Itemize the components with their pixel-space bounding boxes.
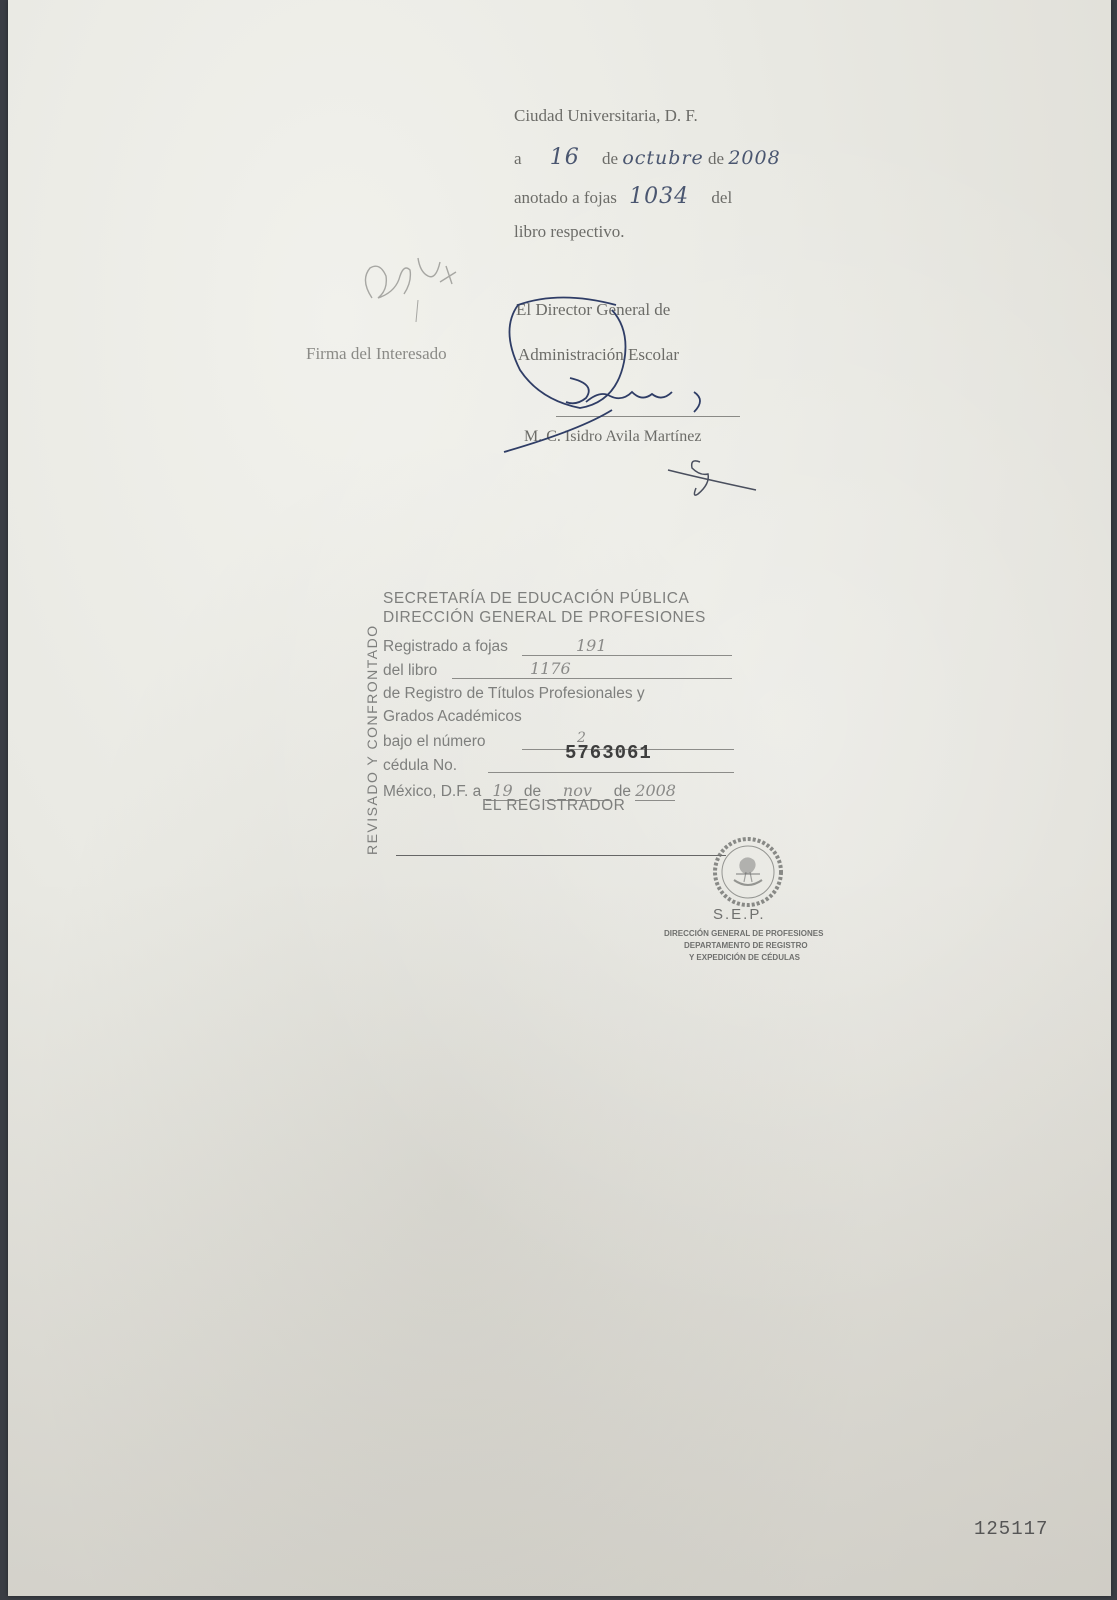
seal-line-2: DEPARTAMENTO DE REGISTRO bbox=[684, 941, 808, 950]
stamp-line-direccion: DIRECCIÓN GENERAL DE PROFESIONES bbox=[383, 609, 706, 627]
handwritten-year: 2008 bbox=[728, 147, 780, 169]
stamp-mexico-year: 2008 bbox=[635, 781, 675, 801]
stamp-libro-label: del libro bbox=[383, 662, 437, 680]
date-line: a 16 de octubre de 2008 bbox=[514, 145, 781, 170]
seal-line-3: Y EXPEDICIÓN DE CÉDULAS bbox=[689, 953, 800, 962]
folio-number: 125117 bbox=[974, 1518, 1048, 1540]
stamp-line-secretaria: SECRETARÍA DE EDUCACIÓN PÚBLICA bbox=[383, 590, 689, 608]
director-name: M. C. Isidro Avila Martínez bbox=[524, 428, 701, 446]
stamp-grados-line: Grados Académicos bbox=[383, 708, 522, 726]
stamp-vertical-label: REVISADO Y CONFRONTADO bbox=[364, 624, 380, 855]
seal-line-1: DIRECCIÓN GENERAL DE PROFESIONES bbox=[664, 929, 823, 938]
place-line: Ciudad Universitaria, D. F. bbox=[514, 106, 698, 126]
stamp-registrado-value: 191 bbox=[576, 636, 607, 655]
stamp-mexico-label: México, D.F. a bbox=[383, 783, 481, 800]
cedula-number: 5763061 bbox=[565, 742, 652, 764]
interesado-signature-label: Firma del Interesado bbox=[306, 344, 447, 364]
fojas-label: anotado a fojas bbox=[514, 188, 617, 207]
stamp-libro-underline bbox=[452, 678, 732, 679]
director-title-line1: El Director General de bbox=[516, 300, 670, 320]
director-signature-line bbox=[556, 416, 740, 417]
stamp-registrador-label: EL REGISTRADOR bbox=[482, 797, 625, 815]
date-de-2: de bbox=[708, 149, 724, 168]
director-title-line2: Administración Escolar bbox=[518, 345, 679, 365]
stamp-cedula-label: cédula No. bbox=[383, 757, 457, 775]
sep-eagle-seal-icon bbox=[712, 836, 784, 908]
del-label: del bbox=[711, 188, 732, 207]
handwritten-day: 16 bbox=[550, 145, 580, 170]
stamp-numero-label: bajo el número bbox=[383, 733, 486, 751]
handwritten-month: octubre bbox=[622, 147, 703, 169]
handwritten-fojas: 1034 bbox=[629, 184, 689, 209]
stamp-registro-line: de Registro de Títulos Profesionales y bbox=[383, 685, 645, 703]
sep-abbrev: S.E.P. bbox=[713, 906, 766, 923]
registrador-signature-line bbox=[396, 855, 726, 856]
stamp-cedula-underline bbox=[488, 772, 734, 773]
libro-line: libro respectivo. bbox=[514, 222, 624, 242]
stamp-registrado-underline bbox=[522, 655, 732, 656]
stamp-registrado-label: Registrado a fojas bbox=[383, 638, 508, 656]
date-prefix: a bbox=[514, 149, 522, 168]
stamp-libro-value: 1176 bbox=[530, 659, 571, 678]
fojas-line: anotado a fojas 1034 del bbox=[514, 184, 732, 209]
date-de-1: de bbox=[602, 149, 618, 168]
